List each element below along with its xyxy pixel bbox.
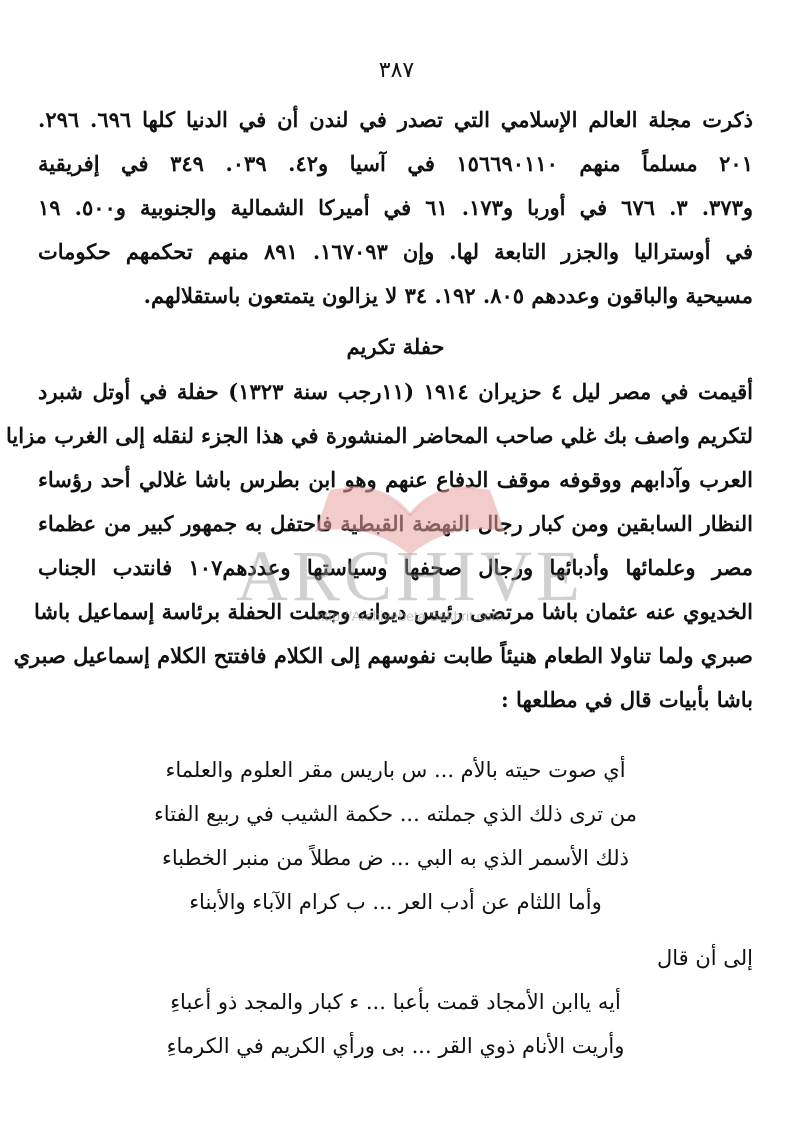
paragraph-celebration: أقيمت في مصر ليل ٤ حزيران ١٩١٤ (١١رجب سن… bbox=[38, 370, 753, 722]
text-line: صبري ولما تناولا الطعام هنيئاً طابت نفوس… bbox=[38, 634, 753, 678]
poem-opening: أي صوت حيته بالأم ... س باريس مقر العلوم… bbox=[38, 748, 753, 924]
text-line: الخديوي عنه عثمان باشا مرتضى رئيس ديوانه… bbox=[38, 590, 753, 634]
page-number: ٣٨٧ bbox=[0, 58, 793, 83]
poem-verse: أي صوت حيته بالأم ... س باريس مقر العلوم… bbox=[38, 748, 753, 792]
transition-text: إلى أن قال bbox=[38, 936, 753, 980]
text-line: العرب وآدابهم ووقوفه موقف الدفاع عنهم وه… bbox=[38, 458, 753, 502]
text-line: مسيحية والباقون وعددهم ٨٠٥. ١٩٢. ٣٤ لا ي… bbox=[38, 274, 753, 318]
text-line: أقيمت في مصر ليل ٤ حزيران ١٩١٤ (١١رجب سن… bbox=[38, 370, 753, 414]
poem-continuation: أيه ياابن الأمجاد قمت بأعبا ... ء كبار و… bbox=[38, 980, 753, 1068]
poem-verse: أيه ياابن الأمجاد قمت بأعبا ... ء كبار و… bbox=[38, 980, 753, 1024]
poem-verse: وأما اللثام عن أدب العر ... ب كرام الآبا… bbox=[38, 880, 753, 924]
poem-verse: من ترى ذلك الذي جملته ... حكمة الشيب في … bbox=[38, 792, 753, 836]
text-line: مصر وعلمائها وأدبائها ورجال صحفها وسياست… bbox=[38, 546, 753, 590]
section-heading: حفلة تكريم bbox=[38, 325, 753, 369]
poem-verse: وأريت الأنام ذوي القر ... بى ورأي الكريم… bbox=[38, 1024, 753, 1068]
text-line: النظار السابقين ومن كبار رجال النهضة الق… bbox=[38, 502, 753, 546]
text-line: لتكريم واصف بك غلي صاحب المحاضر المنشورة… bbox=[38, 414, 753, 458]
text-line: باشا بأبيات قال في مطلعها : bbox=[38, 678, 753, 722]
text-line: ٢٠١ مسلماً منهم ١٥٦٦٩٠١١٠ في آسيا و٤٢. ٠… bbox=[38, 142, 753, 186]
text-line: و٣٧٣. ٣. ٦٧٦ في أوربا و١٧٣. ٦١ في أميركا… bbox=[38, 186, 753, 230]
transition-block: إلى أن قال bbox=[38, 936, 753, 980]
section-heading-block: حفلة تكريم bbox=[38, 325, 753, 369]
text-line: ذكرت مجلة العالم الإسلامي التي تصدر في ل… bbox=[38, 98, 753, 142]
text-line: في أوستراليا والجزر التابعة لها. وإن ١٦٧… bbox=[38, 230, 753, 274]
poem-verse: ذلك الأسمر الذي به البي ... ض مطلاً من م… bbox=[38, 836, 753, 880]
paragraph-statistics: ذكرت مجلة العالم الإسلامي التي تصدر في ل… bbox=[38, 98, 753, 318]
document-page: ٣٨٧ ذكرت مجلة العالم الإسلامي التي تصدر … bbox=[0, 0, 793, 1122]
